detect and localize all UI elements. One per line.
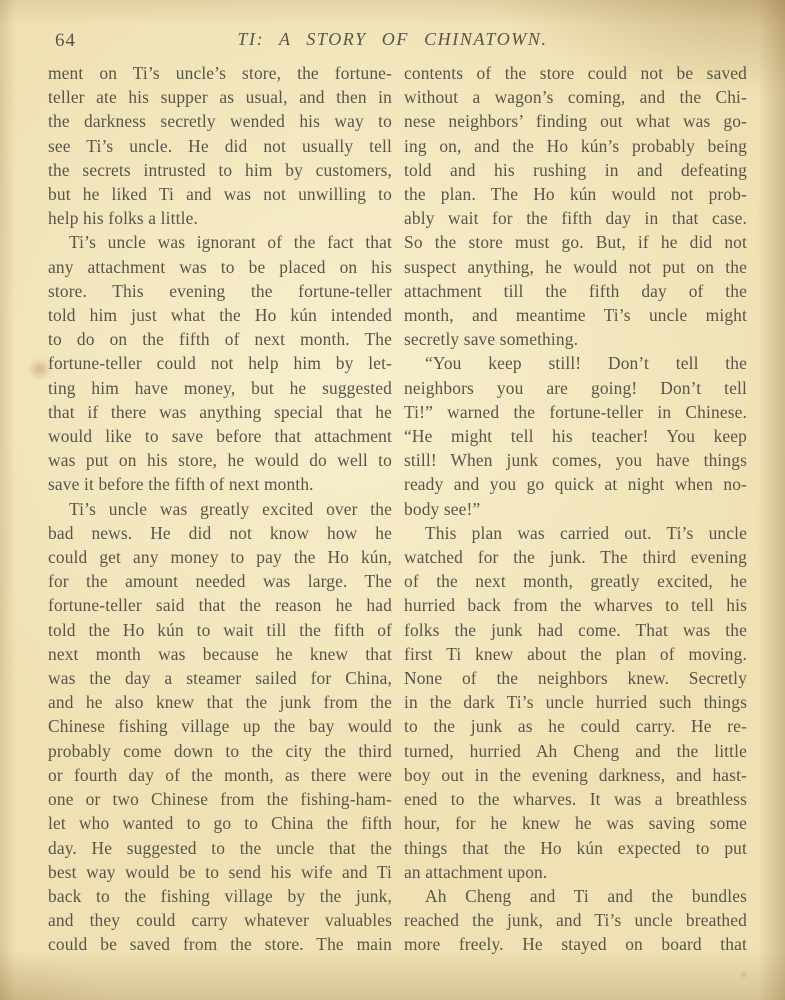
text-line: of the next month, greatly excited, he [404,569,747,593]
text-line: save it before the fifth of next month. [48,472,392,496]
text-line: next month was because he knew that [48,642,392,666]
text-line: fortune-teller said that the reason he h… [48,593,392,617]
book-page: 64 TI: A STORY OF CHINATOWN. ment on Ti’… [0,0,785,1000]
text-line: ment on Ti’s uncle’s store, the fortune- [48,61,392,85]
text-line: bad news. He did not know how he [48,521,392,545]
text-line: ready and you go quick at night when no- [404,472,747,496]
text-line: nese neighbors’ finding out what was go- [404,109,747,133]
text-line: Ah Cheng and Ti and the bundles [404,884,747,908]
text-line: turned, hurried Ah Cheng and the little [404,739,747,763]
text-line: reached the junk, and Ti’s uncle breathe… [404,908,747,932]
text-line: month, and meantime Ti’s uncle might [404,303,747,327]
text-line: ened to the wharves. It was a breathless [404,787,747,811]
text-line: ting him have money, but he suggested [48,376,392,400]
text-line: best way would be to send his wife and T… [48,860,392,884]
text-line: ing on, and the Ho kún’s probably being [404,134,747,158]
paper-speck [739,970,748,979]
text-line: was the day a steamer sailed for China, [48,666,392,690]
text-line: body see!” [404,497,747,521]
running-title: TI: A STORY OF CHINATOWN. [0,27,785,50]
text-line: Ti!” warned the fortune-teller in Chines… [404,400,747,424]
text-line: to the junk as he could carry. He re- [404,714,747,738]
text-line: store. This evening the fortune-teller [48,279,392,303]
text-line: Ti’s uncle was greatly excited over the [48,497,392,521]
text-line: would like to save before that attachmen… [48,424,392,448]
text-line: one or two Chinese from the fishing-ham- [48,787,392,811]
text-line: the secrets intrusted to him by customer… [48,158,392,182]
text-line: suspect anything, he would not put on th… [404,255,747,279]
text-line: any attachment was to be placed on his [48,255,392,279]
page-header: 64 TI: A STORY OF CHINATOWN. [0,27,785,55]
text-line: “You keep still! Don’t tell the [404,351,747,375]
text-line: without a wagon’s coming, and the Chi- [404,85,747,109]
text-line: more freely. He stayed on board that [404,932,747,956]
text-line: was put on his store, he would do well t… [48,448,392,472]
text-line: to do on the fifth of next month. The [48,327,392,351]
text-line: watched for the junk. The third evening [404,545,747,569]
text-line: hurried back from the wharves to tell hi… [404,593,747,617]
text-line: the plan. The Ho kún would not prob- [404,182,747,206]
text-column-left: ment on Ti’s uncle’s store, the fortune-… [48,61,392,957]
text-line: teller ate his supper as usual, and then… [48,85,392,109]
text-line: in the dark Ti’s uncle hurried such thin… [404,690,747,714]
paper-smudge [28,358,52,380]
text-line: contents of the store could not be saved [404,61,747,85]
text-line: ably wait for the fifth day in that case… [404,206,747,230]
text-line: Chinese fishing village up the bay would [48,714,392,738]
page-number: 64 [55,30,76,52]
text-line: help his folks a little. [48,206,392,230]
text-line: could be saved from the store. The main [48,932,392,956]
text-line: things that the Ho kún expected to put [404,836,747,860]
text-line: attachment till the fifth day of the [404,279,747,303]
text-column-right: contents of the store could not be saved… [404,61,747,957]
text-line: fortune-teller could not help him by let… [48,351,392,375]
text-line: “He might tell his teacher! You keep [404,424,747,448]
text-line: hour, for he knew he was saving some [404,811,747,835]
text-line: folks the junk had come. That was the [404,618,747,642]
text-line: back to the fishing village by the junk, [48,884,392,908]
text-line: see Ti’s uncle. He did not usually tell [48,134,392,158]
text-line: neighbors you are going! Don’t tell [404,376,747,400]
text-line: or fourth day of the month, as there wer… [48,763,392,787]
text-line: secretly save something. [404,327,747,351]
text-line: but he liked Ti and was not unwilling to [48,182,392,206]
text-line: This plan was carried out. Ti’s uncle [404,521,747,545]
text-line: and they could carry whatever valuables [48,908,392,932]
text-line: first Ti knew about the plan of moving. [404,642,747,666]
text-line: told him just what the Ho kún intended [48,303,392,327]
text-line: the darkness secretly wended his way to [48,109,392,133]
text-line: that if there was anything special that … [48,400,392,424]
text-line: let who wanted to go to China the fifth [48,811,392,835]
text-line: still! When junk comes, you have things [404,448,747,472]
text-line: could get any money to pay the Ho kún, [48,545,392,569]
text-line: day. He suggested to the uncle that the [48,836,392,860]
text-line: told the Ho kún to wait till the fifth o… [48,618,392,642]
text-line: None of the neighbors knew. Secretly [404,666,747,690]
text-line: probably come down to the city the third [48,739,392,763]
text-line: told and his rushing in and defeating [404,158,747,182]
text-line: boy out in the evening darkness, and has… [404,763,747,787]
text-line: and he also knew that the junk from the [48,690,392,714]
text-line: an attachment upon. [404,860,747,884]
text-line: Ti’s uncle was ignorant of the fact that [48,230,392,254]
text-line: for the amount needed was large. The [48,569,392,593]
text-line: So the store must go. But, if he did not [404,230,747,254]
